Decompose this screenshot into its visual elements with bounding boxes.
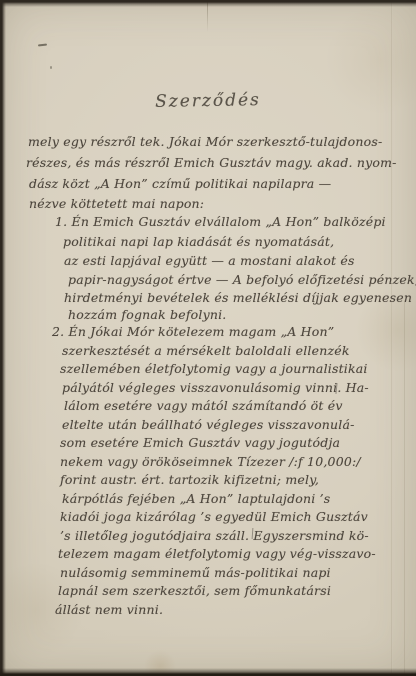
scan-edge-bottom (0, 668, 416, 676)
manuscript-line: lapnál sem szerkesztői, sem főmunkatársi (58, 585, 331, 598)
manuscript-line: papir-nagyságot értve — A befolyó előfiz… (68, 274, 416, 287)
manuscript-line: lálom esetére vagy mától számítandó öt é… (64, 400, 343, 413)
manuscript-line: az esti lapjával együtt — a mostani alak… (64, 255, 355, 268)
manuscript-line: részes, és más részről Emich Gusztáv mag… (26, 157, 397, 170)
manuscript-line: nekem vagy örököseimnek Tízezer /:f 10,0… (60, 456, 361, 469)
paper-crease-right (391, 0, 393, 676)
manuscript-line: kárpótlás fejében „A Hon” laptulajdoni ’… (62, 493, 330, 506)
manuscript-line: hozzám fognak befolyni. (68, 309, 226, 322)
manuscript-line: állást nem vinni. (55, 604, 163, 617)
manuscript-line: politikai napi lap kiadását és nyomatásá… (63, 236, 334, 249)
manuscript-line: kiadói joga kizárólag ’s egyedül Emich G… (60, 511, 368, 524)
manuscript-line: eltelte után beállható végleges visszavo… (62, 419, 355, 432)
scan-edge-top (0, 0, 416, 7)
scan-edge-left (0, 0, 6, 676)
paper-crease-right-lower (404, 300, 405, 676)
manuscript-line: hirdetményi bevételek és melléklési díjj… (64, 292, 412, 305)
manuscript-line: ’s illetőleg jogutódjaira száll. Egyszer… (60, 530, 369, 543)
manuscript-line: pályától végleges visszavonulásomig vinn… (62, 382, 369, 395)
manuscript-line: 1. Én Emich Gusztáv elvállalom „A Hon” b… (55, 216, 386, 229)
manuscript-line: mely egy részről tek. Jókai Mór szerkesz… (28, 136, 382, 149)
manuscript-line: som esetére Emich Gusztáv vagy jogutódja (60, 437, 340, 450)
paper-speck (50, 66, 52, 69)
document-title: Szerződés (155, 90, 261, 112)
manuscript-line: szellemében életfolytomig vagy a journal… (60, 363, 368, 376)
manuscript-photo: Szerződés mely egy részről tek. Jókai Mó… (0, 0, 416, 676)
manuscript-line: szerkesztését a mérsékelt baloldali elle… (62, 345, 350, 358)
manuscript-line: 2. Én Jókai Mór kötelezem magam „A Hon” (52, 326, 334, 339)
manuscript-line: telezem magam életfolytomig vagy vég-vis… (58, 548, 376, 561)
manuscript-line: forint austr. ért. tartozik kifizetni; m… (60, 474, 319, 487)
manuscript-line: dász közt „A Hon” czímű politikai napila… (29, 178, 331, 191)
manuscript-line: nulásomig semminemű más-politikai napi (60, 567, 331, 580)
manuscript-line: nézve köttetett mai napon: (29, 198, 204, 211)
